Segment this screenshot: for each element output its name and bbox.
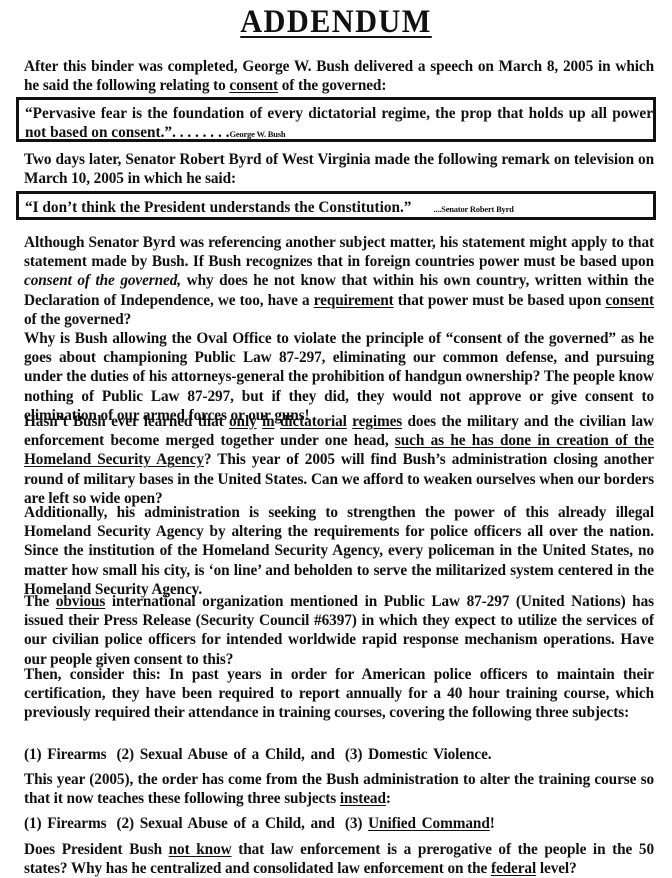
paragraph-oval-office: Why is Bush allowing the Oval Office to … <box>24 329 654 425</box>
byrd-intro-paragraph: Two days later, Senator Robert Byrd of W… <box>24 150 654 188</box>
quote-attribution: George W. Bush <box>229 129 285 139</box>
intro-paragraph: After this binder was completed, George … <box>24 57 654 95</box>
previous-subjects-list: (1) Firearms(2) Sexual Abuse of a Child,… <box>24 745 654 764</box>
quote-attribution: ....Senator Robert Byrd <box>433 204 513 214</box>
paragraph-homeland-security: Hasn’t Bush ever learned that only in di… <box>24 412 654 508</box>
page-title: ADDENDUM <box>27 4 645 41</box>
byrd-quote-box: “I don’t think the President understands… <box>16 191 656 220</box>
paragraph-new-order: This year (2005), the order has come fro… <box>24 770 654 808</box>
paragraph-byrd-statement: Although Senator Byrd was referencing an… <box>24 233 654 329</box>
bush-quote-box: “Pervasive fear is the foundation of eve… <box>16 97 656 142</box>
new-subjects-list: (1) Firearms(2) Sexual Abuse of a Child,… <box>24 814 654 833</box>
paragraph-united-nations: The obvious international organization m… <box>24 592 654 669</box>
paragraph-police-requirements: Additionally, his administration is seek… <box>24 503 654 599</box>
paragraph-closing-question: Does President Bush not know that law en… <box>24 840 654 878</box>
addendum-page: ADDENDUM After this binder was completed… <box>0 0 672 878</box>
paragraph-training-history: Then, consider this: In past years in or… <box>24 665 654 723</box>
